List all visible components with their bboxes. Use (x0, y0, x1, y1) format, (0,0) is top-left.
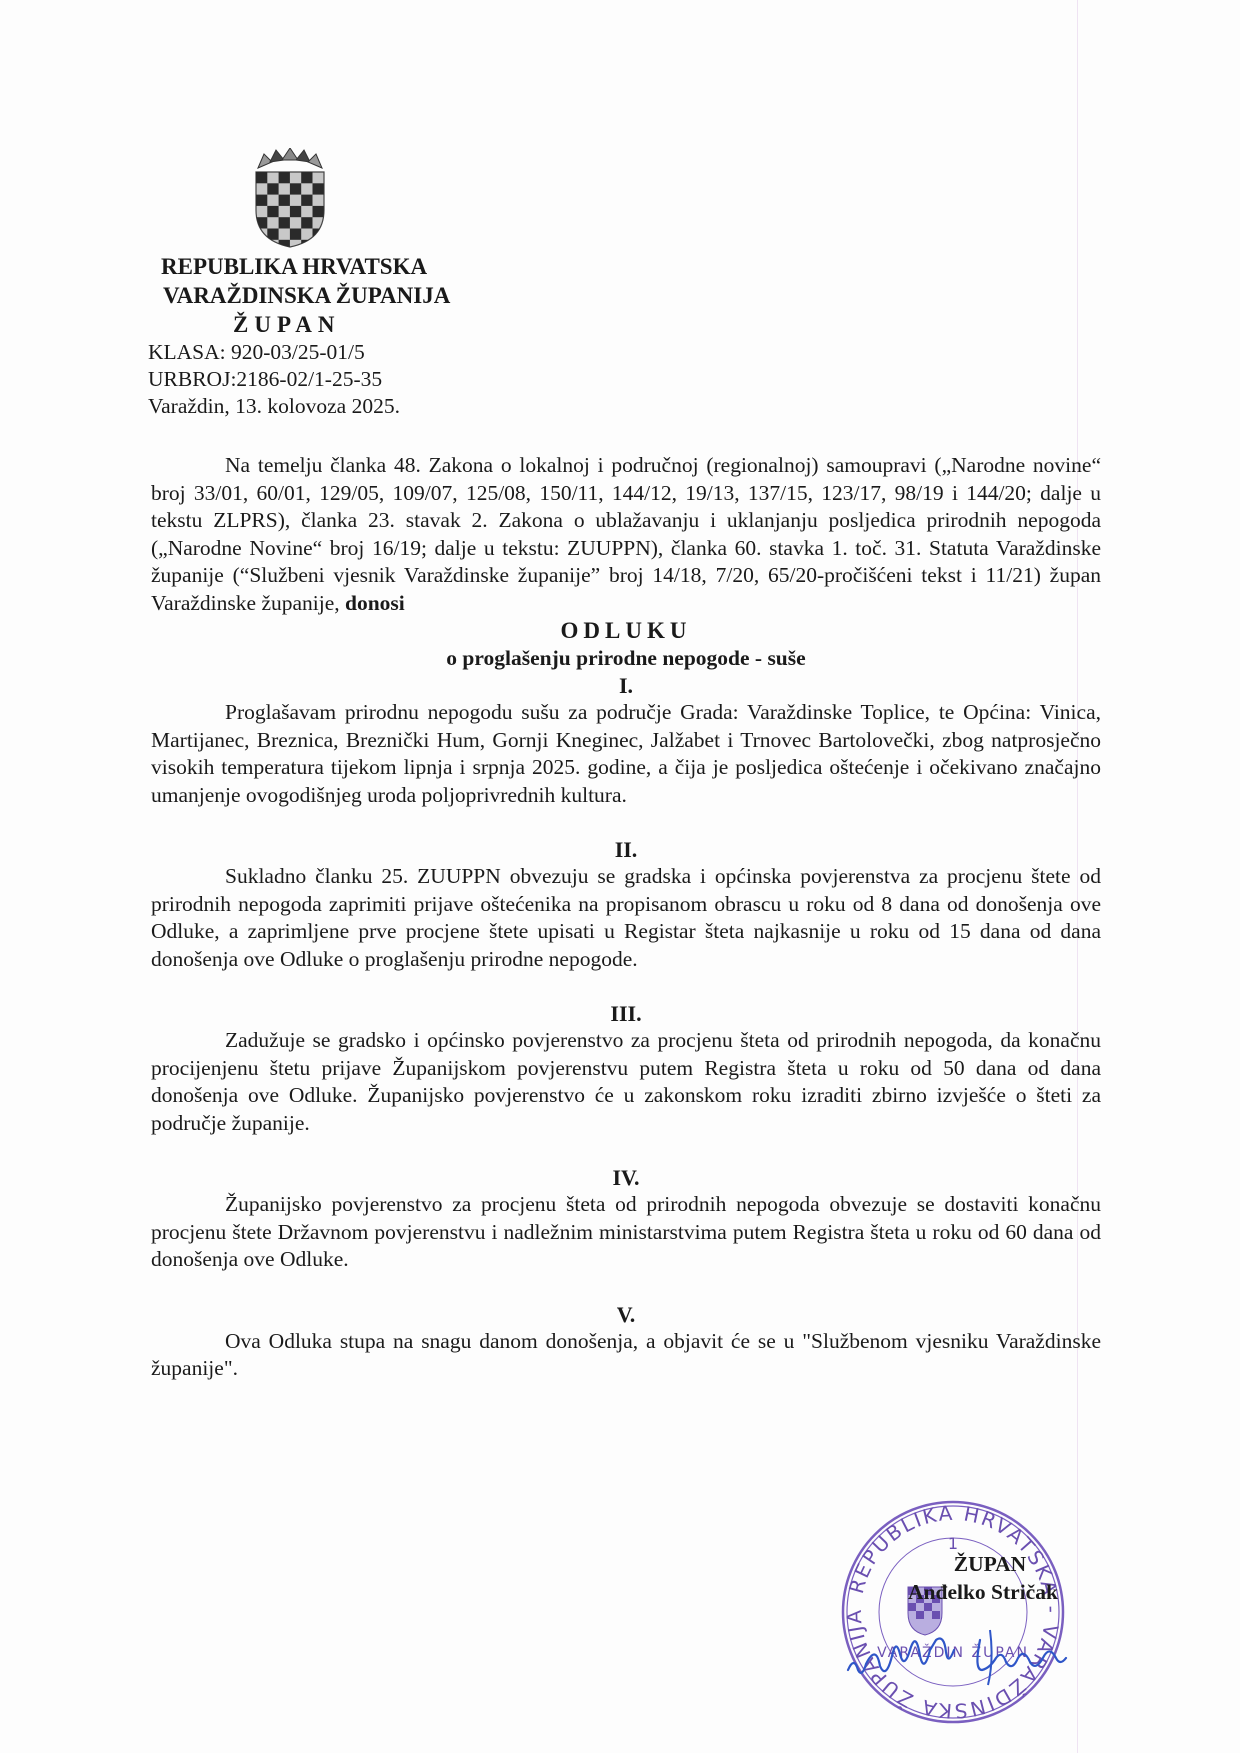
handwritten-signature-icon (840, 1620, 1140, 1690)
office-name: ŽUPAN (233, 310, 450, 339)
signature-name: Anđelko Stričak (908, 1578, 1058, 1606)
signature-title: ŽUPAN (922, 1550, 1058, 1578)
official-stamp-icon: REPUBLIKA HRVATSKA - VARAŽDINSKA ŽUPANIJ… (838, 1497, 1068, 1727)
decision-subtitle: o proglašenju prirodne nepogode - suše (151, 645, 1101, 672)
article-number: V. (151, 1301, 1101, 1328)
croatian-coat-of-arms-icon (252, 148, 328, 248)
decision-title: ODLUKU (151, 617, 1101, 645)
article-number: IV. (151, 1164, 1101, 1191)
county-name: VARAŽDINSKA ŽUPANIJA (163, 281, 450, 310)
document-body: Na temelju članka 48. Zakona o lokalnoj … (151, 452, 1101, 1383)
klasa: KLASA: 920-03/25-01/5 (148, 339, 450, 366)
article-text: Županijsko povjerenstvo za procjenu štet… (151, 1191, 1101, 1274)
article-text: Zadužuje se gradsko i općinsko povjerens… (151, 1027, 1101, 1137)
signature-block: ŽUPAN Anđelko Stričak (908, 1550, 1058, 1606)
urbroj: URBROJ:2186-02/1-25-35 (148, 366, 450, 393)
article-number: III. (151, 1000, 1101, 1027)
preamble-bold: donosi (345, 591, 405, 615)
article-number: II. (151, 836, 1101, 863)
article-text: Proglašavam prirodnu nepogodu sušu za po… (151, 699, 1101, 809)
preamble: Na temelju članka 48. Zakona o lokalnoj … (151, 452, 1101, 617)
country-name: REPUBLIKA HRVATSKA (161, 252, 450, 281)
place-date: Varaždin, 13. kolovoza 2025. (148, 393, 450, 420)
document-header: REPUBLIKA HRVATSKA VARAŽDINSKA ŽUPANIJA … (148, 252, 450, 420)
article-text: Sukladno članku 25. ZUUPPN obvezuju se g… (151, 863, 1101, 973)
preamble-text: Na temelju članka 48. Zakona o lokalnoj … (151, 453, 1101, 615)
article-number: I. (151, 672, 1101, 699)
article-text: Ova Odluka stupa na snagu danom donošenj… (151, 1328, 1101, 1383)
